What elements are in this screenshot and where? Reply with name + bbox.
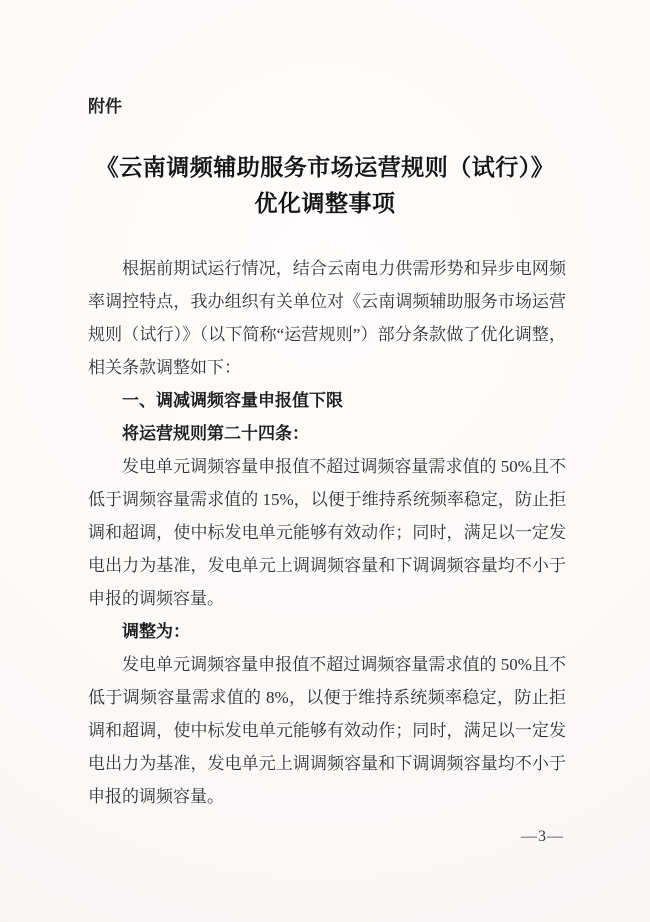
attachment-label: 附件: [88, 92, 122, 117]
intro-paragraph: 根据前期试运行情况，结合云南电力供需形势和异步电网频率调控特点，我办组织有关单位…: [88, 252, 566, 384]
page-number: —3—: [521, 828, 564, 846]
title-line-1: 《云南调频辅助服务市场运营规则（试行）》: [0, 150, 650, 186]
original-clause-paragraph: 发电单元调频容量申报值不超过调频容量需求值的 50%且不低于调频容量需求值的 1…: [88, 450, 566, 615]
title-line-2: 优化调整事项: [0, 186, 650, 222]
document-page: 附件 《云南调频辅助服务市场运营规则（试行）》 优化调整事项 根据前期试运行情况…: [0, 0, 650, 922]
adjusted-clause-paragraph: 发电单元调频容量申报值不超过调频容量需求值的 50%且不低于调频容量需求值的 8…: [88, 648, 566, 813]
document-body: 根据前期试运行情况，结合云南电力供需形势和异步电网频率调控特点，我办组织有关单位…: [88, 252, 566, 813]
section-subheading: 将运营规则第二十四条：: [88, 417, 566, 450]
document-title: 《云南调频辅助服务市场运营规则（试行）》 优化调整事项: [0, 150, 650, 222]
adjust-label: 调整为：: [88, 615, 566, 648]
section-heading: 一、调减调频容量申报值下限: [88, 384, 566, 417]
